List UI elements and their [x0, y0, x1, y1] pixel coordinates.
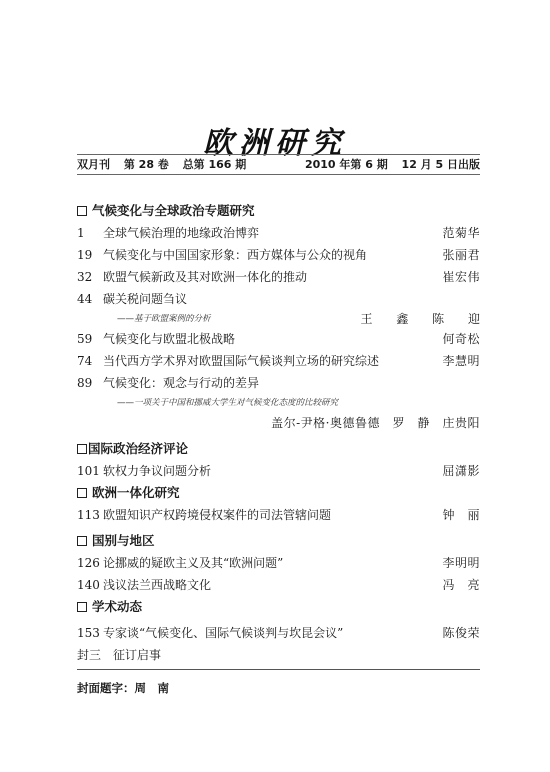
article-title: 当代西方学术界对欧盟国际气候谈判立场的研究综述 [103, 350, 442, 372]
page-number: 32 [77, 266, 103, 288]
page-number: 19 [77, 244, 103, 266]
article-title: 征订启事 [113, 644, 480, 666]
toc-entry[interactable]: 140 浅议法兰西战略文化 冯 亮 [77, 574, 480, 596]
page-number: 44 [77, 288, 103, 310]
article-title: 欧盟气候新政及其对欧洲一体化的推动 [103, 266, 442, 288]
checkbox-icon [77, 536, 87, 546]
page-number: 74 [77, 350, 103, 372]
article-author: 崔宏伟 [442, 266, 480, 288]
page-number: 1 [77, 222, 103, 244]
section-heading: 学术动态 [77, 596, 480, 618]
article-title: 气候变化与中国国家形象：西方媒体与公众的视角 [103, 244, 442, 266]
article-title: 专家谈“气候变化、国际气候谈判与坎昆会议” [103, 622, 442, 644]
publish-date: 12 月 5 日出版 [402, 158, 480, 171]
toc-entry[interactable]: 封三 征订启事 [77, 644, 480, 666]
page-number: 140 [77, 574, 103, 596]
cover-calligraphy-credit: 封面题字：周 南 [77, 680, 169, 696]
toc-entry[interactable]: 113 欧盟知识产权跨境侵权案件的司法管辖问题 钟 丽 [77, 504, 480, 526]
article-author: 李慧明 [442, 350, 480, 372]
issue-info-bar: 双月刊 第 28 卷 总第 166 期 2010 年第 6 期 12 月 5 日… [77, 156, 480, 172]
total-issue: 总第 166 期 [183, 158, 247, 171]
article-author: 范菊华 [442, 222, 480, 244]
page-number: 113 [77, 504, 103, 526]
article-author: 陈俊荣 [442, 622, 480, 644]
article-title: 欧盟知识产权跨境侵权案件的司法管辖问题 [103, 504, 442, 526]
toc-entry[interactable]: 89 气候变化：观念与行动的差异 [77, 372, 480, 394]
article-title: 全球气候治理的地缘政治博弈 [103, 222, 442, 244]
volume: 第 28 卷 [124, 158, 169, 171]
toc-entry[interactable]: 32 欧盟气候新政及其对欧洲一体化的推动 崔宏伟 [77, 266, 480, 288]
footer-rule [77, 669, 480, 670]
article-author: 何奇松 [442, 328, 480, 350]
toc-entry[interactable]: 126 论挪威的疑欧主义及其“欧洲问题” 李明明 [77, 552, 480, 574]
toc-entry[interactable]: 44 碳关税问题刍议 [77, 288, 480, 310]
checkbox-icon [77, 444, 87, 454]
issue-number: 2010 年第 6 期 [305, 158, 388, 171]
article-title: 浅议法兰西战略文化 [103, 574, 442, 596]
toc-entry[interactable]: 74 当代西方学术界对欧盟国际气候谈判立场的研究综述 李慧明 [77, 350, 480, 372]
page-number: 101 [77, 460, 103, 482]
toc-entry[interactable]: 19 气候变化与中国国家形象：西方媒体与公众的视角 张丽君 [77, 244, 480, 266]
checkbox-icon [77, 602, 87, 612]
toc-entry[interactable]: 101 软权力争议问题分析 屈潇影 [77, 460, 480, 482]
checkbox-icon [77, 206, 87, 216]
issue-info-right: 2010 年第 6 期 12 月 5 日出版 [305, 156, 480, 172]
top-rule [77, 154, 480, 155]
page-number: 153 [77, 622, 103, 644]
table-of-contents: 气候变化与全球政治专题研究 1 全球气候治理的地缘政治博弈 范菊华 19 气候变… [77, 200, 480, 666]
toc-entry[interactable]: 1 全球气候治理的地缘政治博弈 范菊华 [77, 222, 480, 244]
section-heading: 国际政治经济评论 [77, 438, 480, 460]
article-author: 李明明 [442, 552, 480, 574]
checkbox-icon [77, 488, 87, 498]
article-author: 冯 亮 [442, 574, 480, 596]
article-subtitle: ——一项关于中国和挪威大学生对气候变化态度的比较研究 [117, 394, 480, 412]
section-heading: 欧洲一体化研究 [77, 482, 480, 504]
article-subtitle: ——基于欧盟案例的分析 [117, 310, 361, 328]
article-author: 盖尔-尹格·奥德鲁德 罗 静 庄贵阳 [77, 412, 480, 434]
article-author: 钟 丽 [442, 504, 480, 526]
toc-subtitle-row: ——基于欧盟案例的分析 王 鑫 陈 迎 [77, 310, 480, 328]
article-title: 气候变化与欧盟北极战略 [103, 328, 442, 350]
page-number: 89 [77, 372, 103, 394]
frequency: 双月刊 [77, 158, 110, 171]
article-author: 王 鑫 陈 迎 [361, 310, 490, 328]
article-title: 碳关税问题刍议 [103, 288, 480, 310]
article-author: 屈潇影 [442, 460, 480, 482]
article-title: 论挪威的疑欧主义及其“欧洲问题” [103, 552, 442, 574]
page-number: 126 [77, 552, 103, 574]
bottom-rule [77, 174, 480, 175]
toc-subtitle-row: ——一项关于中国和挪威大学生对气候变化态度的比较研究 [77, 394, 480, 412]
page-number: 封三 [77, 644, 113, 666]
toc-entry[interactable]: 59 气候变化与欧盟北极战略 何奇松 [77, 328, 480, 350]
section-heading: 气候变化与全球政治专题研究 [77, 200, 480, 222]
article-author: 张丽君 [442, 244, 480, 266]
issue-info-left: 双月刊 第 28 卷 总第 166 期 [77, 156, 246, 172]
article-title: 软权力争议问题分析 [103, 460, 442, 482]
page-number: 59 [77, 328, 103, 350]
section-heading: 国别与地区 [77, 530, 480, 552]
article-title: 气候变化：观念与行动的差异 [103, 372, 480, 394]
toc-entry[interactable]: 153 专家谈“气候变化、国际气候谈判与坎昆会议” 陈俊荣 [77, 622, 480, 644]
